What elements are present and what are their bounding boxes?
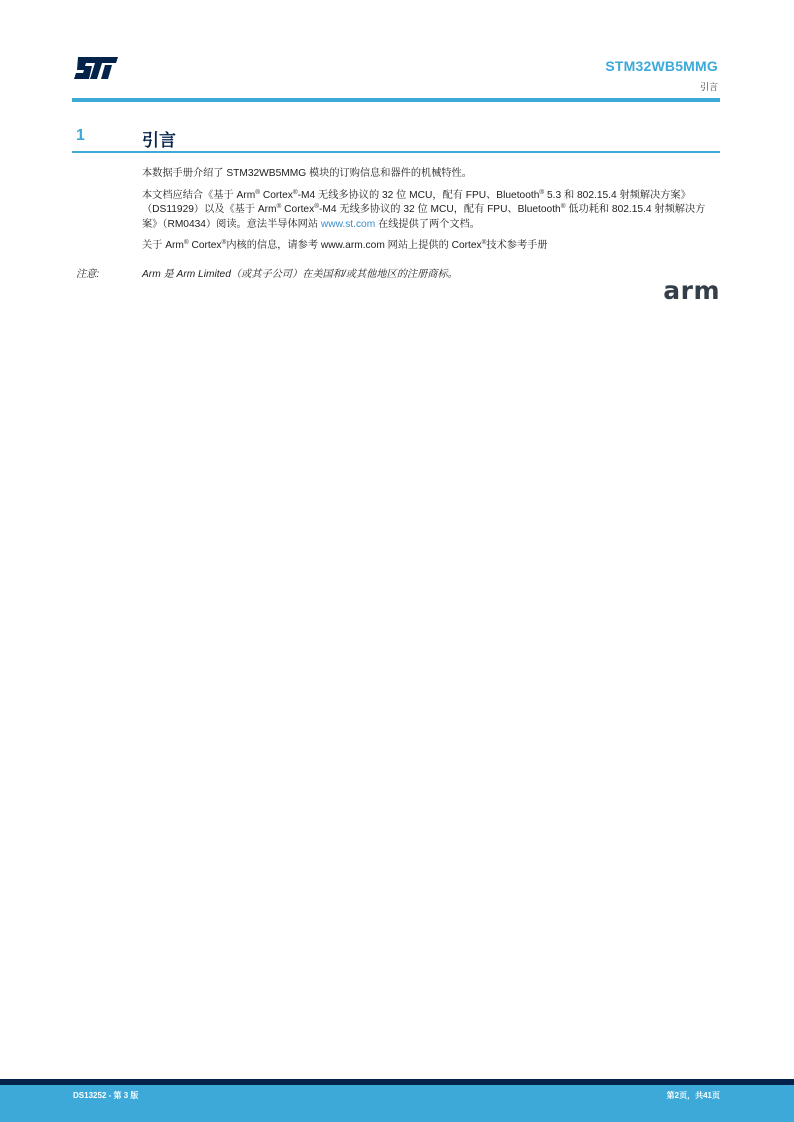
header-section-label: 引言 — [605, 80, 718, 93]
reference-paragraph: 本文档应结合《基于 Arm® Cortex®-M4 无线多协议的 32 位 MC… — [142, 189, 720, 232]
text-span: 关于 Arm — [142, 240, 184, 251]
text-span: -M4 无线多协议的 32 位 MCU，配有 FPU、Bluetooth — [298, 190, 540, 201]
text-span: 在线提供了两个文档。 — [375, 219, 480, 230]
st-logo-icon — [72, 55, 120, 81]
text-span: 技术参考手册 — [486, 240, 547, 251]
text-span: Cortex — [189, 240, 222, 251]
product-name: STM32WB5MMG — [605, 58, 718, 74]
section-heading: 1 引言 — [72, 126, 720, 150]
header-divider — [72, 98, 720, 102]
page-number: 第2页，共41页 — [667, 1090, 720, 1101]
page-footer: DS13252 - 第 3 版 第2页，共41页 — [0, 1085, 794, 1122]
text-span: Cortex — [260, 190, 293, 201]
cortex-info-paragraph: 关于 Arm® Cortex®内核的信息，请参考 www.arm.com 网站上… — [142, 239, 720, 253]
text-span: Cortex — [281, 204, 314, 215]
page-header: STM32WB5MMG 引言 — [605, 58, 718, 93]
section-divider — [72, 151, 720, 153]
st-website-link[interactable]: www.st.com — [321, 219, 375, 230]
note-label: 注意: — [76, 265, 99, 280]
text-span: 本文档应结合《基于 Arm — [142, 190, 255, 201]
text-span: 内核的信息，请参考 www.arm.com 网站上提供的 Cortex — [226, 240, 481, 251]
section-title: 引言 — [142, 126, 176, 151]
text-span: -M4 无线多协议的 32 位 MCU，配有 FPU、Bluetooth — [319, 204, 561, 215]
document-id: DS13252 - 第 3 版 — [73, 1090, 138, 1101]
section-number: 1 — [76, 127, 85, 145]
intro-paragraph: 本数据手册介绍了 STM32WB5MMG 模块的订购信息和器件的机械特性。 — [142, 167, 720, 181]
arm-logo-icon: arm — [663, 276, 720, 305]
note-text: Arm 是 Arm Limited（或其子公司）在美国和/或其他地区的注册商标。 — [142, 265, 458, 280]
